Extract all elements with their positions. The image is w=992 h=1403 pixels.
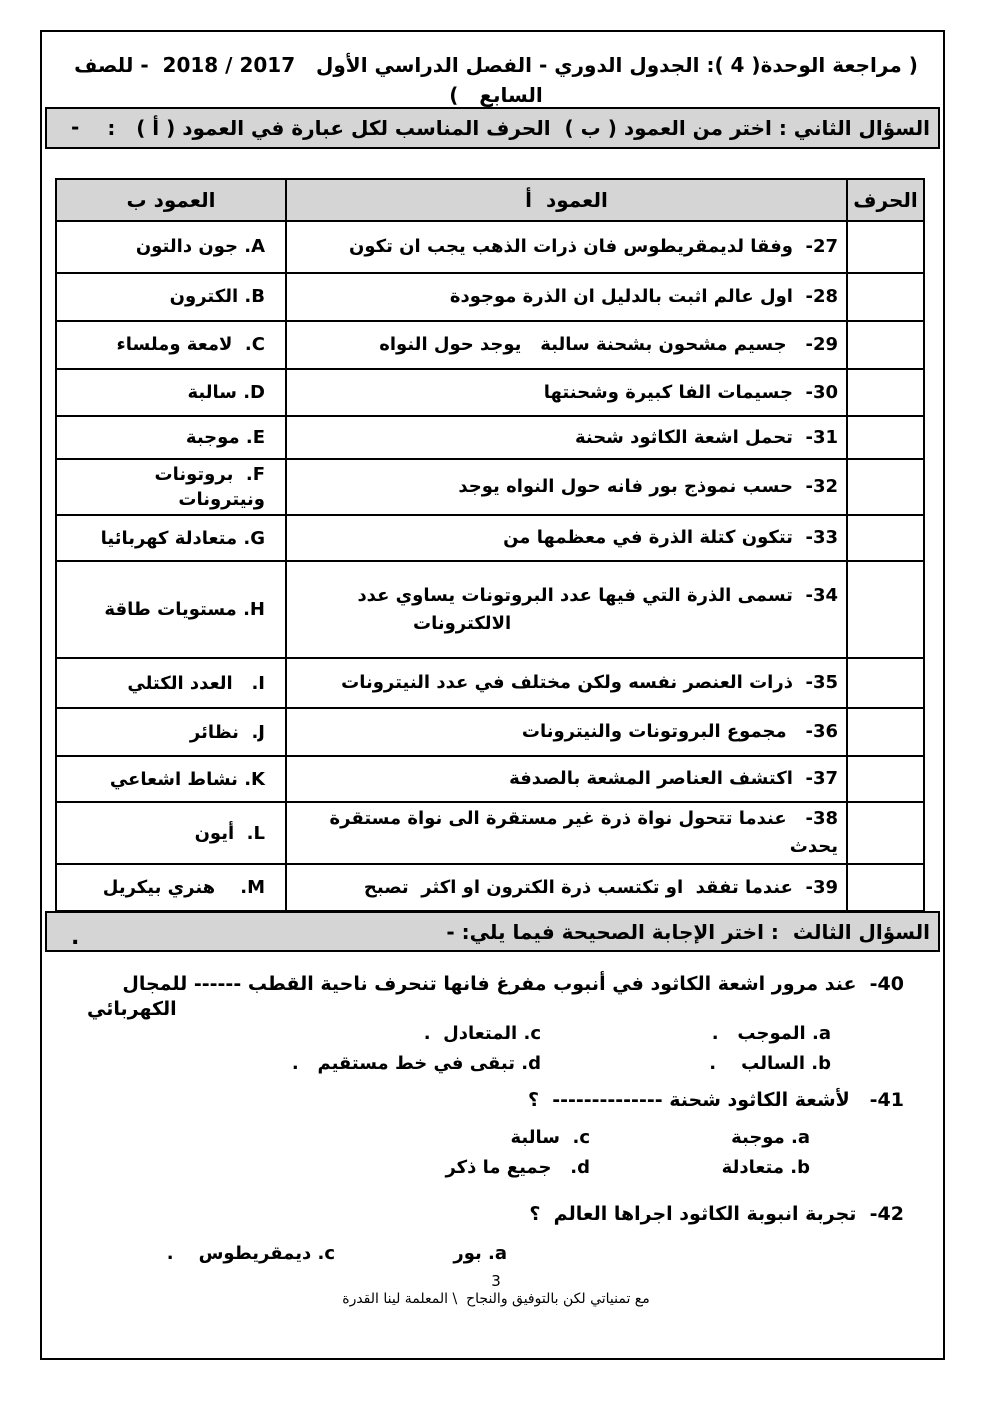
answer-cell[interactable] — [847, 369, 924, 416]
table-row: 37- اكتشف العناصر المشعة بالصدفة K. نشاط… — [56, 756, 924, 802]
question-40: 40- عند مرور اشعة الكاثود في أنبوب مفرغ … — [45, 972, 940, 1074]
answer-cell[interactable] — [847, 864, 924, 911]
optionb-cell: F. بروتونات ونيترونات — [56, 459, 286, 515]
optionb-cell: K. نشاط اشعاعي — [56, 756, 286, 802]
question-40-options: a. الموجب . c. المتعادل . b. السالب . d.… — [45, 1023, 831, 1074]
statement-cell: 32- حسب نموذج بور فانه حول النواه يوجد — [286, 459, 847, 515]
question3-title: السؤال الثالث : اختر الإجابة الصحيحة فيم… — [47, 913, 938, 951]
statement-cell: 30- جسيمات الفا كبيرة وشحنتها — [286, 369, 847, 416]
question2-title: السؤال الثاني : اختر من العمود ( ب ) الح… — [47, 109, 938, 147]
question2-bar: السؤال الثاني : اختر من العمود ( ب ) الح… — [45, 107, 940, 149]
statement-line1: 34- تسمى الذرة التي فيها عدد البروتونات … — [295, 582, 838, 610]
question3-period: . — [71, 925, 79, 950]
optionb-cell: E. موجبة — [56, 416, 286, 459]
optionb-cell: C. لامعة وملساء — [56, 321, 286, 369]
statement-cell: 31- تحمل اشعة الكاثود شحنة — [286, 416, 847, 459]
header-column-a: العمود أ — [286, 179, 847, 221]
option-40-b: b. السالب . — [541, 1053, 831, 1074]
question2-dash: - — [71, 115, 79, 139]
statement-cell: 34- تسمى الذرة التي فيها عدد البروتونات … — [286, 561, 847, 658]
statement-cell: 27- وفقا لديمقريطوس فان ذرات الذهب يجب ا… — [286, 221, 847, 273]
statement-cell: 29- جسيم مشحون بشحنة سالبة يوجد حول النو… — [286, 321, 847, 369]
worksheet-title: ( مراجعة الوحدة( 4 ): الجدول الدوري - ال… — [60, 50, 932, 110]
statement-cell: 28- اول عالم اثبت بالدليل ان الذرة موجود… — [286, 273, 847, 321]
option-41-a: a. موجبة — [590, 1127, 810, 1148]
answer-cell[interactable] — [847, 273, 924, 321]
page-number: 3 — [0, 1272, 992, 1290]
question-40-text: 40- عند مرور اشعة الكاثود في أنبوب مفرغ … — [45, 972, 940, 998]
optionb-cell: D. سالبة — [56, 369, 286, 416]
statement-cell: 37- اكتشف العناصر المشعة بالصدفة — [286, 756, 847, 802]
question-40-text-line2: الكهربائي — [45, 998, 940, 1021]
header-column-b: العمود ب — [56, 179, 286, 221]
answer-cell[interactable] — [847, 459, 924, 515]
optionb-cell: H. مستويات طاقة — [56, 561, 286, 658]
table-row: 33- تتكون كتلة الذرة في معظمها من G. متع… — [56, 515, 924, 561]
table-row: 39- عندما تفقد او تكتسب ذرة الكترون او ا… — [56, 864, 924, 911]
table-row: 32- حسب نموذج بور فانه حول النواه يوجد F… — [56, 459, 924, 515]
answer-cell[interactable] — [847, 221, 924, 273]
optionb-cell: M. هنري بيكريل — [56, 864, 286, 911]
statement-cell: 39- عندما تفقد او تكتسب ذرة الكترون او ا… — [286, 864, 847, 911]
optionb-cell: B. الكترون — [56, 273, 286, 321]
table-row: 31- تحمل اشعة الكاثود شحنة E. موجبة — [56, 416, 924, 459]
option-42-c: c. ديمقريطوس . — [45, 1243, 335, 1264]
statement-cell: 38- عندما تتحول نواة ذرة غير مستقرة الى … — [286, 802, 847, 864]
option-40-d: d. تبقى في خط مستقيم . — [45, 1053, 541, 1074]
question-42-options: a. بور c. ديمقريطوس . — [45, 1243, 507, 1264]
statement-line2: الالكترونات — [295, 610, 838, 638]
option-42-a: a. بور — [335, 1243, 507, 1264]
statement-cell: 33- تتكون كتلة الذرة في معظمها من — [286, 515, 847, 561]
table-row: 34- تسمى الذرة التي فيها عدد البروتونات … — [56, 561, 924, 658]
option-40-a: a. الموجب . — [541, 1023, 831, 1044]
answer-cell[interactable] — [847, 708, 924, 756]
option-41-c: c. سالبة — [45, 1127, 590, 1148]
optionb-cell: L. أيون — [56, 802, 286, 864]
footer-note: مع تمنياتي لكن بالتوفيق والنجاح \ المعلم… — [0, 1291, 992, 1307]
optionb-cell: A. جون دالتون — [56, 221, 286, 273]
matching-table: الحرف العمود أ العمود ب 27- وفقا لديمقري… — [55, 178, 925, 912]
option-40-c: c. المتعادل . — [45, 1023, 541, 1044]
optionb-cell: J. نظائر — [56, 708, 286, 756]
answer-cell[interactable] — [847, 321, 924, 369]
optionb-cell: G. متعادلة كهربائيا — [56, 515, 286, 561]
question-41-options: a. موجبة c. سالبة b. متعادلة d. جميع ما … — [45, 1127, 810, 1178]
answer-cell[interactable] — [847, 802, 924, 864]
optionb-cell: I. العدد الكتلي — [56, 658, 286, 708]
table-row: 27- وفقا لديمقريطوس فان ذرات الذهب يجب ا… — [56, 221, 924, 273]
statement-cell: 35- ذرات العنصر نفسه ولكن مختلف في عدد ا… — [286, 658, 847, 708]
table-row: 35- ذرات العنصر نفسه ولكن مختلف في عدد ا… — [56, 658, 924, 708]
option-41-b: b. متعادلة — [590, 1157, 810, 1178]
answer-cell[interactable] — [847, 416, 924, 459]
question3-bar: السؤال الثالث : اختر الإجابة الصحيحة فيم… — [45, 911, 940, 952]
question-42-text: 42- تجربة انبوبة الكاثود اجراها العالم ؟ — [45, 1202, 940, 1228]
question-41-text: 41- لأشعة الكاثود شحنة -------------- ؟ — [45, 1088, 940, 1114]
table-row: 28- اول عالم اثبت بالدليل ان الذرة موجود… — [56, 273, 924, 321]
answer-cell[interactable] — [847, 756, 924, 802]
question-41: 41- لأشعة الكاثود شحنة -------------- ؟ … — [45, 1088, 940, 1178]
answer-cell[interactable] — [847, 515, 924, 561]
header-letter: الحرف — [847, 179, 924, 221]
statement-cell: 36- مجموع البروتونات والنيترونات — [286, 708, 847, 756]
answer-cell[interactable] — [847, 658, 924, 708]
answer-cell[interactable] — [847, 561, 924, 658]
table-row: 29- جسيم مشحون بشحنة سالبة يوجد حول النو… — [56, 321, 924, 369]
table-row: 30- جسيمات الفا كبيرة وشحنتها D. سالبة — [56, 369, 924, 416]
table-row: 36- مجموع البروتونات والنيترونات J. نظائ… — [56, 708, 924, 756]
option-41-d: d. جميع ما ذكر — [45, 1157, 590, 1178]
table-row: 38- عندما تتحول نواة ذرة غير مستقرة الى … — [56, 802, 924, 864]
question-42: 42- تجربة انبوبة الكاثود اجراها العالم ؟… — [45, 1202, 940, 1264]
